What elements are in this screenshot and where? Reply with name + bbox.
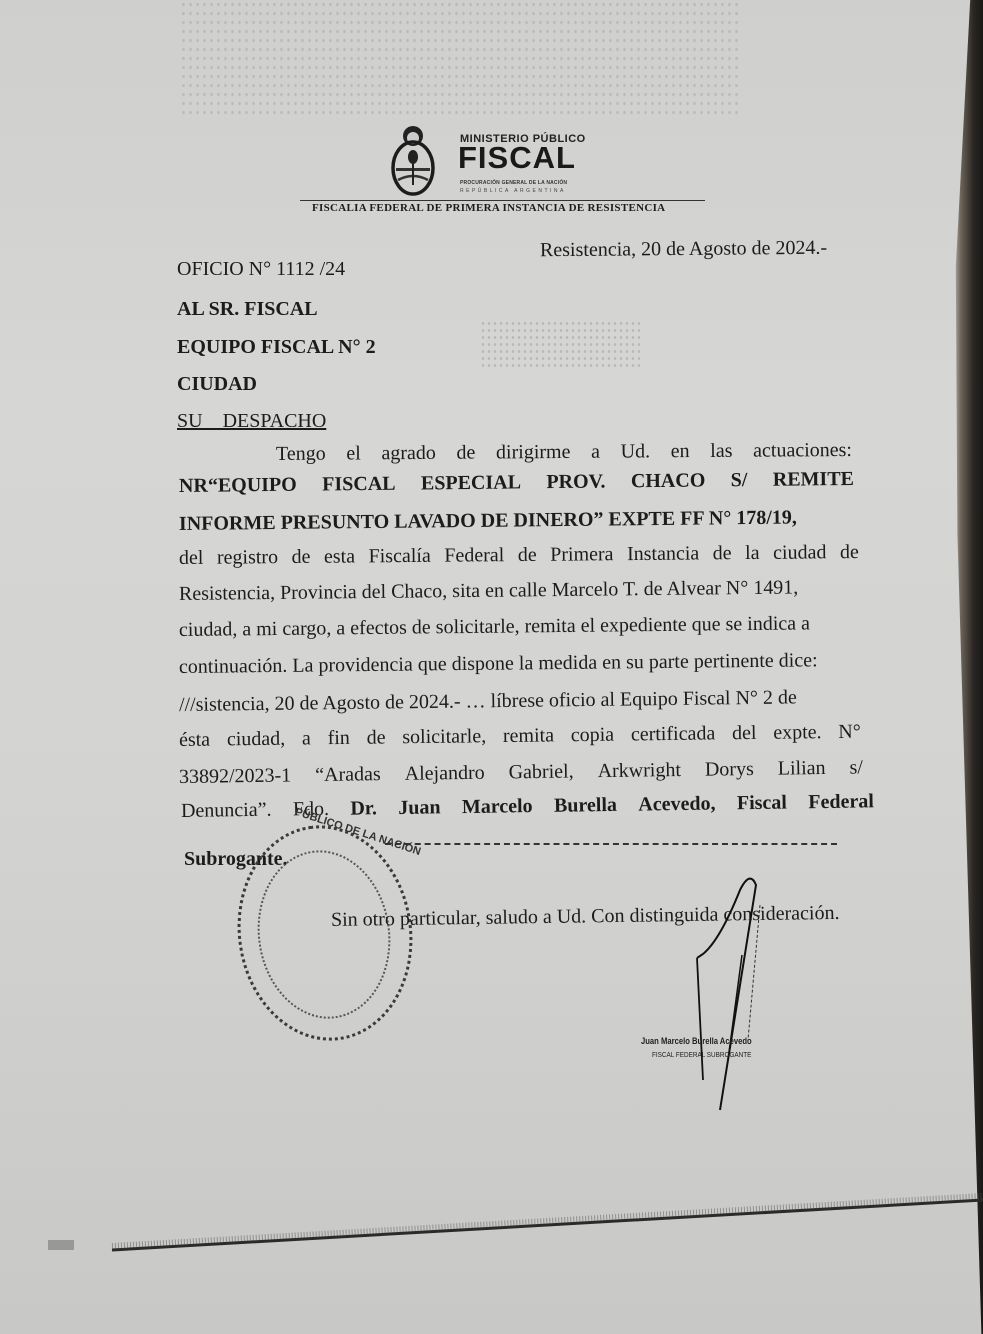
body-line: TengoelagradodedirigirmeaUd.enlasactuaci… [276,439,852,466]
word: REMITE [773,468,854,492]
word: en [671,440,690,463]
word: remita [503,724,554,748]
word: de [291,546,310,569]
word: ciudad [773,541,827,564]
word: Marcelo [462,795,533,819]
scan-noise [180,0,740,120]
addressee-line: EQUIPO FISCAL N° 2 [177,336,376,359]
coat-of-arms-icon [388,122,438,198]
word: CHACO [631,469,706,493]
word: solicitarle, [402,725,486,749]
word: N° [838,721,861,744]
signatory-name: Juan Marcelo Burella Acevedo [641,1036,752,1046]
word: las [710,440,732,463]
word: Alejandro [405,762,485,786]
word: esta [324,545,355,568]
word: Instancia [627,542,699,566]
word: fin [327,727,349,750]
word: del [732,722,757,745]
scan-noise [480,320,640,370]
word: a [302,727,311,750]
word: Federal [444,544,504,568]
word: Acevedo, [638,793,716,817]
republica-label: REPÚBLICA ARGENTINA [460,188,566,194]
word: la [745,542,760,565]
word: ésta [179,729,210,752]
fill-dashes [385,843,837,845]
office-name: FISCALIA FEDERAL DE PRIMERA INSTANCIA DE… [312,202,665,214]
word: de [456,442,475,465]
word: ESPECIAL [421,471,521,495]
word: S/ [731,469,748,492]
word: Tengo [276,443,326,466]
su-despacho: SU DESPACHO [177,410,326,433]
word: NR“EQUIPO [179,474,297,498]
word: 33892/2023-1 [179,764,292,789]
word: de [713,542,732,565]
word: de [840,541,859,564]
word: el [346,442,361,465]
word: Denuncia”. [181,799,272,823]
word: Ud. [621,440,651,463]
word: del [179,547,204,570]
word: Juan [398,796,441,820]
word: Dorys [705,758,754,782]
word: agrado [381,442,436,465]
word: “Aradas [315,763,381,787]
word: dirigirme [496,441,571,465]
word: Burella [554,794,617,818]
place-date: Resistencia, 20 de Agosto de 2024.- [540,237,827,263]
procuracion-label: PROCURACIÓN GENERAL DE LA NACIÓN [460,180,567,186]
letterhead: MINISTERIO PÚBLICO FISCAL PROCURACIÓN GE… [300,118,710,218]
oficio-number: OFICIO N° 1112 /24 [177,258,345,281]
word: de [518,544,537,567]
word: FISCAL [322,473,396,497]
word: expte. [773,721,822,745]
letterhead-rule [300,200,705,201]
word: Arkwright [597,759,681,783]
word: Fiscalía [368,545,430,569]
word: Federal [808,790,874,814]
word: Primera [550,543,614,567]
word: Fiscal [737,792,787,816]
word: Gabriel, [508,760,573,784]
fiscal-wordmark: FISCAL [458,140,576,176]
word: certificada [631,722,716,746]
word: copia [571,724,615,748]
addressee-line: AL SR. FISCAL [177,298,318,321]
signatory-title: FISCAL FEDERAL SUBROGANTE [652,1050,751,1059]
word: de [366,726,385,749]
word: a [591,441,600,464]
word: PROV. [546,471,605,495]
addressee-line: CIUDAD [177,373,257,396]
word: Lilian [778,757,826,781]
word: Dr. [350,797,377,820]
word: ciudad, [227,728,286,752]
word: actuaciones: [753,439,852,463]
word: registro [217,546,278,570]
word: s/ [849,756,863,779]
